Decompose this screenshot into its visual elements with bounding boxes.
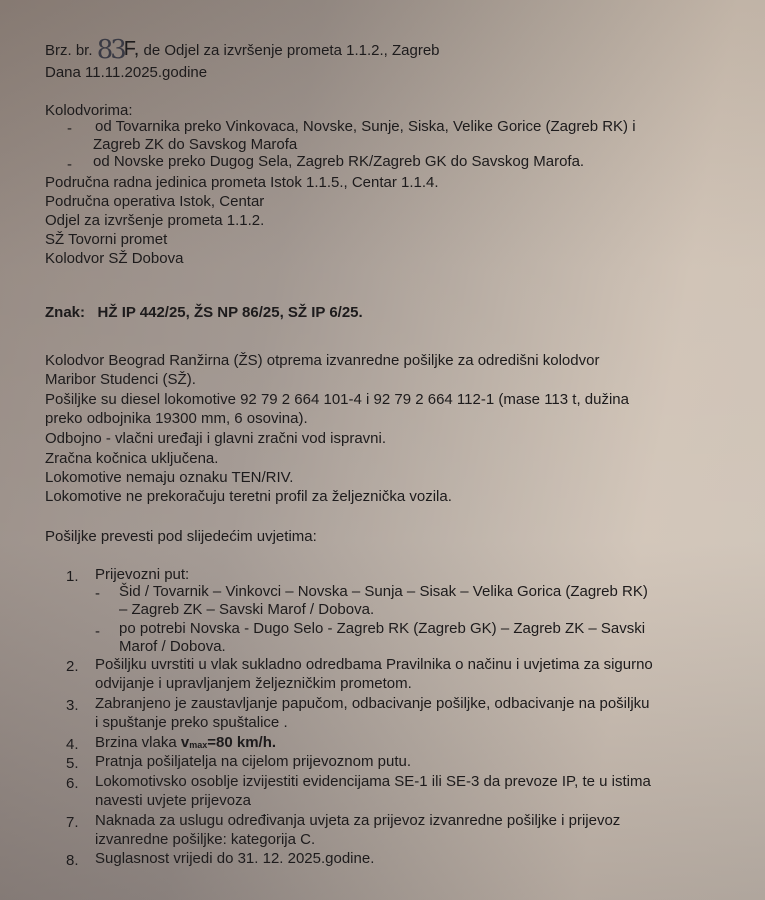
route-bullet: -	[95, 585, 100, 603]
route-line: od Novske preko Dugog Sela, Zagreb RK/Za…	[93, 153, 584, 171]
reference-suffix: F,	[124, 38, 140, 60]
condition-text: navesti uvjete prijevoza	[95, 792, 251, 810]
condition-text: i spuštanje preko spuštalice .	[95, 714, 288, 732]
subject-label: Znak:	[45, 304, 85, 321]
condition-text: Suglasnost vrijedi do 31. 12. 2025.godin…	[95, 850, 374, 868]
conditions-intro: Pošiljke prevesti pod slijedećim uvjetim…	[45, 528, 317, 546]
recipient-line: Kolodvor SŽ Dobova	[45, 250, 183, 268]
reference-rest: de Odjel za izvršenje prometa 1.1.2., Za…	[144, 42, 440, 59]
subject-line: Znak: HŽ IP 442/25, ŽS NP 86/25, SŽ IP 6…	[45, 304, 363, 322]
route-line: od Tovarnika preko Vinkovaca, Novske, Su…	[95, 118, 636, 136]
condition-number: 4.	[66, 736, 79, 754]
route-line: Marof / Dobova.	[119, 638, 226, 656]
body-line: Pošiljke su diesel lokomotive 92 79 2 66…	[45, 391, 629, 409]
condition-number: 1.	[66, 568, 79, 586]
route-line: Šid / Tovarnik – Vinkovci – Novska – Sun…	[119, 583, 648, 601]
body-line: preko odbojnika 19300 mm, 6 osovina).	[45, 410, 308, 428]
date-line: Dana 11.11.2025.godine	[45, 64, 207, 82]
condition-text: Pošiljku uvrstiti u vlak sukladno odredb…	[95, 656, 653, 674]
route-line: po potrebi Novska - Dugo Selo - Zagreb R…	[119, 620, 645, 638]
condition-text: Lokomotivsko osoblje izvijestiti evidenc…	[95, 773, 651, 791]
recipient-line: Odjel za izvršenje prometa 1.1.2.	[45, 212, 264, 230]
recipient-line: Područna radna jedinica prometa Istok 1.…	[45, 174, 439, 192]
condition-number: 2.	[66, 658, 79, 676]
condition-text: odvijanje i upravljanjem željezničkim pr…	[95, 675, 412, 693]
body-line: Lokomotive ne prekoračuju teretni profil…	[45, 488, 452, 506]
body-line: Kolodvor Beograd Ranžirna (ŽS) otprema i…	[45, 352, 599, 370]
reference-line: Brz. br. 83F, de Odjel za izvršenje prom…	[45, 40, 440, 60]
condition-number: 5.	[66, 755, 79, 773]
body-line: Odbojno - vlačni uređaji i glavni zračni…	[45, 430, 386, 448]
condition-text: Pratnja pošiljatelja na cijelom prijevoz…	[95, 753, 411, 771]
body-line: Zračna kočnica uključena.	[45, 450, 218, 468]
condition-text: Prijevozni put:	[95, 566, 189, 584]
body-line: Lokomotive nemaju oznaku TEN/RIV.	[45, 469, 293, 487]
handwritten-number: 83	[97, 35, 124, 65]
condition-number: 8.	[66, 852, 79, 870]
speed-symbol: v	[181, 734, 189, 751]
condition-text: Zabranjeno je zaustavljanje papučom, odb…	[95, 695, 650, 713]
route-line: – Zagreb ZK – Savski Marof / Dobova.	[119, 601, 374, 619]
route-bullet: -	[67, 156, 72, 174]
condition-number: 7.	[66, 814, 79, 832]
condition-number: 3.	[66, 697, 79, 715]
speed-subscript: max	[189, 740, 207, 750]
speed-value: =80 km/h.	[207, 734, 276, 751]
condition-text: izvanredne pošiljke: kategorija C.	[95, 831, 315, 849]
recipient-line: Područna operativa Istok, Centar	[45, 193, 264, 211]
reference-prefix: Brz. br.	[45, 42, 93, 59]
recipient-line: SŽ Tovorni promet	[45, 231, 167, 249]
condition-number: 6.	[66, 775, 79, 793]
condition-text: Naknada za uslugu određivanja uvjeta za …	[95, 812, 620, 830]
speed-prefix: Brzina vlaka	[95, 734, 181, 751]
subject-value: HŽ IP 442/25, ŽS NP 86/25, SŽ IP 6/25.	[98, 304, 363, 321]
route-bullet: -	[95, 623, 100, 641]
route-line: Zagreb ZK do Savskog Marofa	[93, 136, 297, 154]
route-bullet: -	[67, 120, 72, 138]
condition-text: Brzina vlaka vmax=80 km/h.	[95, 734, 276, 754]
body-line: Maribor Studenci (SŽ).	[45, 371, 196, 389]
